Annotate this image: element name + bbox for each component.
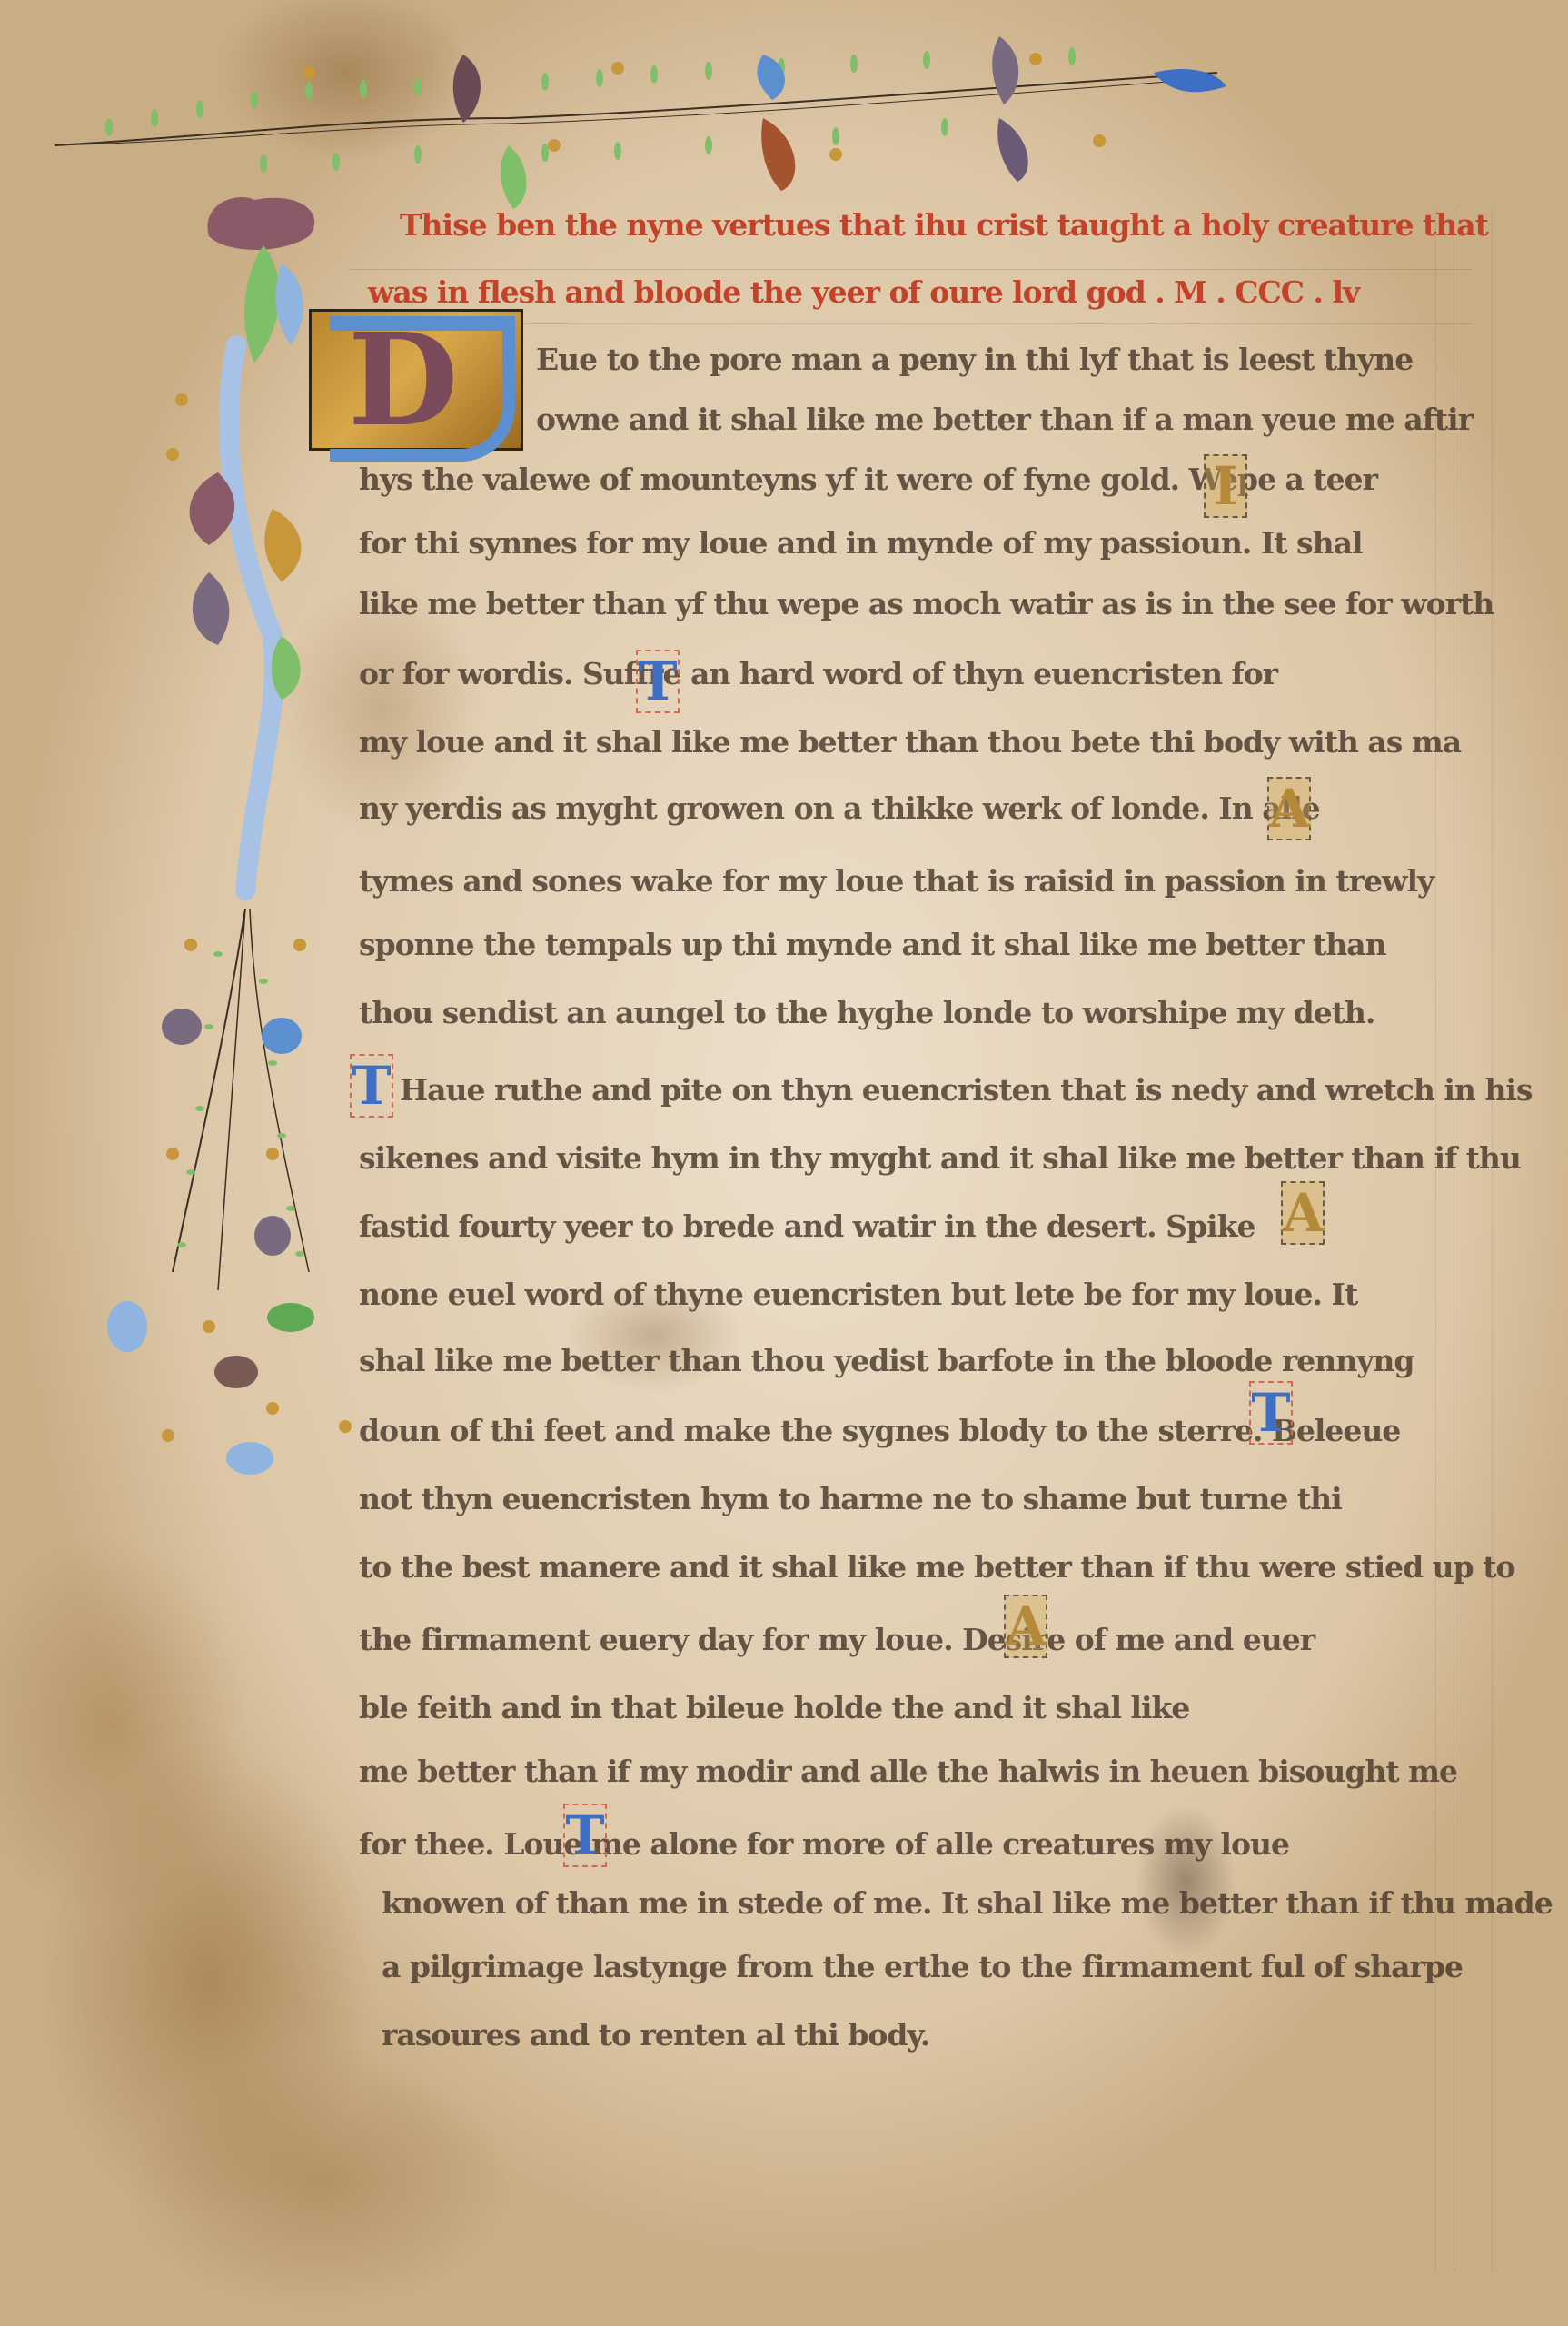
ruling-line (350, 269, 1472, 270)
text-line: to the best manere and it shal like me b… (359, 1549, 1514, 1585)
text-line: tymes and sones wake for my loue that is… (359, 863, 1434, 899)
text-line: doun of thi feet and make the sygnes blo… (359, 1413, 1400, 1448)
text-line: shal like me better than thou yedist bar… (359, 1343, 1414, 1378)
text-line: not thyn euencristen hym to harme ne to … (359, 1481, 1342, 1516)
minor-initial: A (1004, 1595, 1047, 1658)
minor-initial: A (1267, 777, 1311, 840)
text-line: my loue and it shal like me better than … (359, 724, 1461, 760)
text-line: for thee. Loue me alone for more of alle… (359, 1826, 1289, 1862)
text-line: me better than if my modir and alle the … (359, 1754, 1457, 1789)
text-line: thou sendist an aungel to the hyghe lond… (359, 995, 1374, 1030)
text-line: or for wordis. Suffre an hard word of th… (359, 656, 1277, 691)
rubric-line-1: Thise ben the nyne vertues that ihu cris… (400, 207, 1488, 243)
text-line: sponne the tempals up thi mynde and it s… (359, 927, 1386, 962)
text-line: a pilgrimage lastynge from the erthe to … (382, 1949, 1463, 1984)
text-line: ble feith and in that bileue holde the a… (359, 1690, 1189, 1725)
minor-initial: T (350, 1054, 393, 1118)
minor-initial: A (1281, 1181, 1325, 1245)
manuscript-leaf: D Thise ben the nyne vertues that ihu cr… (0, 0, 1568, 2326)
minor-initial: T (563, 1804, 607, 1867)
text-line: like me better than yf thu wepe as moch … (359, 586, 1494, 621)
minor-initial: T (636, 650, 680, 713)
minor-initial: T (1249, 1381, 1293, 1445)
text-line: ny yerdis as myght growen on a thikke we… (359, 790, 1320, 826)
text-line: owne and it shal like me better than if … (536, 402, 1473, 437)
text-line: Eue to the pore man a peny in thi lyf th… (536, 342, 1413, 377)
minor-initial: I (1204, 454, 1247, 518)
rubric-line-2: was in flesh and bloode the yeer of oure… (368, 274, 1359, 310)
text-line: the firmament euery day for my loue. Des… (359, 1622, 1315, 1657)
illuminated-initial: D (309, 309, 523, 451)
bounding-rule (1492, 209, 1493, 2271)
text-line: Haue ruthe and pite on thyn euencristen … (400, 1072, 1532, 1108)
initial-letter: D (348, 306, 458, 455)
text-line: fastid fourty yeer to brede and watir in… (359, 1208, 1255, 1244)
text-line: sikenes and visite hym in thy myght and … (359, 1140, 1521, 1176)
text-line: rasoures and to renten al thi body. (382, 2017, 929, 2053)
text-line: knowen of than me in stede of me. It sha… (382, 1885, 1553, 1921)
text-line: for thi synnes for my loue and in mynde … (359, 525, 1363, 561)
text-line: none euel word of thyne euencristen but … (359, 1277, 1357, 1312)
